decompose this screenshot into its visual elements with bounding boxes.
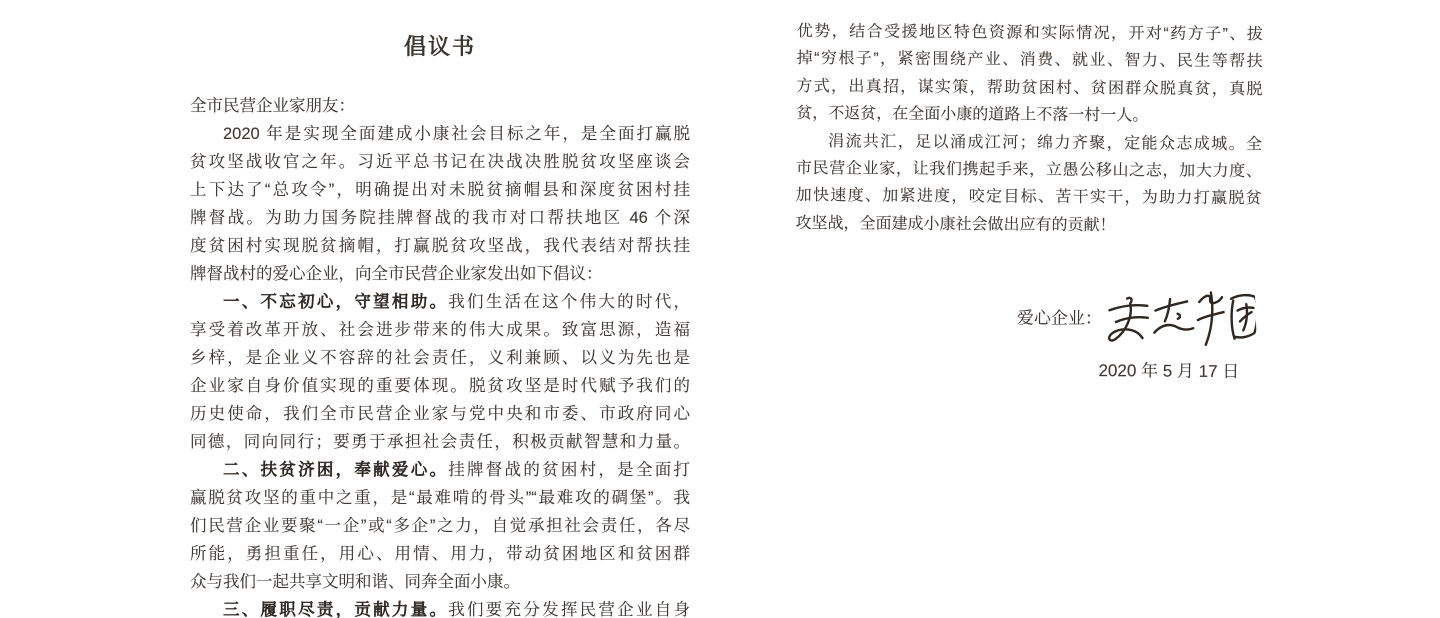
- text-line: 们民营企业要聚“一企”或“多企”之力，自觉承担社会责任，各尽: [190, 512, 690, 540]
- text-line: 2020 年是实现全面建成小康社会目标之年，是全面打赢脱: [190, 120, 690, 148]
- document-scan: { "page": { "background": "#ffffff", "in…: [0, 0, 1440, 618]
- text-line: 众与我们一起共享文明和谐、同奔全面小康。: [190, 568, 690, 596]
- right-page: 优势，结合受援地区特色资源和实际情况，开对“药方子”、拔 掉“穷根子”，紧密围绕…: [795, 10, 1263, 240]
- text-line: 贫，不返贫，在全面小康的道路上不落一村一人。: [796, 100, 1262, 131]
- signature-handwriting: [1103, 288, 1257, 352]
- text-line: 攻坚战，全面建成小康社会做出应有的贡献！: [795, 210, 1261, 241]
- section-heading: 二、扶贫济困，奉献爱心。: [223, 461, 448, 479]
- left-page-body: 全市民营企业家朋友： 2020 年是实现全面建成小康社会目标之年，是全面打赢脱 …: [190, 28, 690, 618]
- signature-label: 爱心企业：: [1017, 282, 1102, 330]
- right-page-body: 优势，结合受援地区特色资源和实际情况，开对“药方子”、拔 掉“穷根子”，紧密围绕…: [795, 10, 1263, 240]
- text-line: 涓流共汇，足以涌成江河；绵力齐聚，定能众志成城。全: [796, 128, 1262, 159]
- text-line: 加快速度、加紧进度，咬定目标、苦干实干，为助力打赢脱贫: [796, 182, 1262, 213]
- text-line: 三、履职尽责，贡献力量。我们要充分发挥民营企业自身: [190, 596, 690, 618]
- text-line: 历史使命，我们全市民营企业家与党中央和市委、市政府同心: [190, 400, 690, 428]
- signature-date: 2020 年 5 月 17 日: [1098, 356, 1276, 382]
- text-line: 享受着改革开放、社会进步带来的伟大成果。致富思源，造福: [190, 316, 690, 344]
- salutation-line: 全市民营企业家朋友：: [190, 92, 690, 120]
- text-line: 牌督战村的爱心企业，向全市民营企业家发出如下倡议：: [190, 260, 690, 288]
- text-line: 方式，出真招，谋实策，帮助贫困村、贫困群众脱真贫，真脱: [796, 73, 1262, 104]
- section-heading: 一、不忘初心，守望相助。: [223, 293, 448, 311]
- signature-block: 爱心企业：: [1016, 282, 1277, 383]
- text-line: 贫攻坚战收官之年。习近平总书记在决战决胜脱贫攻坚座谈会: [190, 148, 690, 176]
- text-line: 企业家自身价值实现的重要体现。脱贫攻坚是时代赋予我们的: [190, 372, 690, 400]
- text-line: 优势，结合受援地区特色资源和实际情况，开对“药方子”、拔: [797, 18, 1263, 49]
- text-line: 同德，同向同行；要勇于承担社会责任，积极贡献智慧和力量。: [190, 428, 690, 456]
- text-line: 度贫困村实现脱贫摘帽，打赢脱贫攻坚战，我代表结对帮扶挂: [190, 232, 690, 260]
- text-line: 市民营企业家，让我们携起手来，立愚公移山之志，加大力度、: [796, 155, 1262, 186]
- text-line: 赢脱贫攻坚的重中之重，是“最难啃的骨头”“最难攻的碉堡”。我: [190, 484, 690, 512]
- text-line: 牌督战。为助力国务院挂牌督战的我市对口帮扶地区 46 个深: [190, 204, 690, 232]
- text-line: 二、扶贫济困，奉献爱心。挂牌督战的贫困村，是全面打: [190, 456, 690, 484]
- text-line: 一、不忘初心，守望相助。我们生活在这个伟大的时代，: [190, 288, 690, 316]
- text-line: 所能，勇担重任，用心、用情、用力，带动贫困地区和贫困群: [190, 540, 690, 568]
- section-heading: 三、履职尽责，贡献力量。: [223, 601, 448, 618]
- text-line: 掉“穷根子”，紧密围绕产业、消费、就业、智力、民生等帮扶: [797, 45, 1263, 76]
- left-page: 倡议书 全市民营企业家朋友： 2020 年是实现全面建成小康社会目标之年，是全面…: [190, 28, 690, 618]
- signature-row: 爱心企业：: [1017, 282, 1277, 350]
- text-line: 上下达了“总攻令”，明确提出对未脱贫摘帽县和深度贫困村挂: [190, 176, 690, 204]
- text-line: 乡梓，是企业义不容辞的社会责任，义利兼顾、以义为先也是: [190, 344, 690, 372]
- document-title: 倡议书: [190, 30, 690, 61]
